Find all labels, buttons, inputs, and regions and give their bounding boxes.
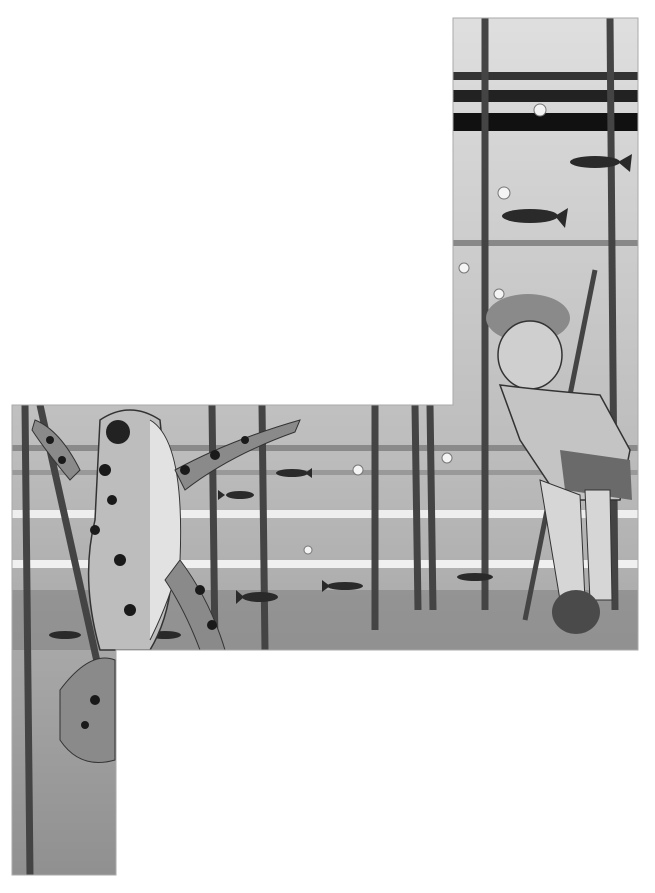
rock xyxy=(552,590,600,634)
illustration xyxy=(0,0,655,893)
frog-eye xyxy=(106,420,130,444)
